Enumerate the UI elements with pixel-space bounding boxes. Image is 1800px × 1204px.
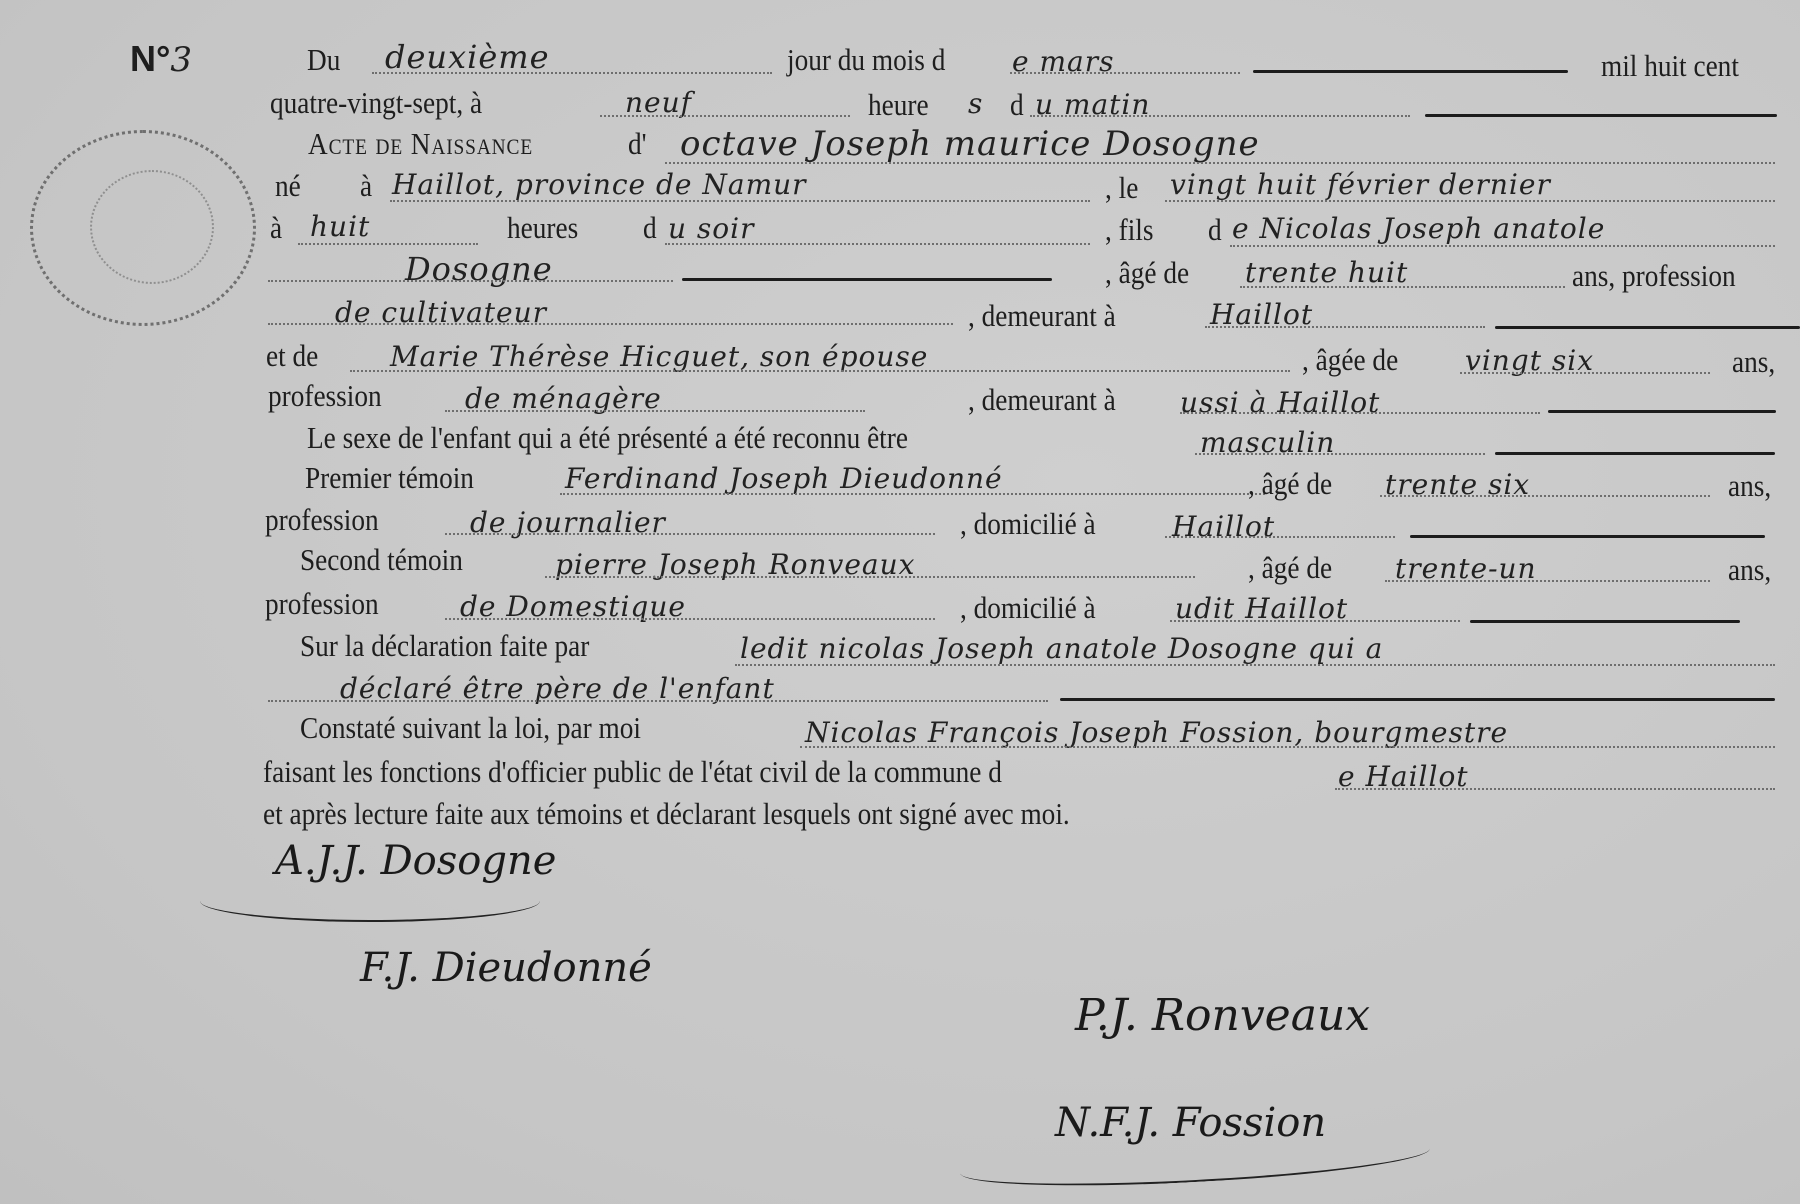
- hw-declarant: ledit nicolas Joseph anatole Dosogne qui…: [740, 632, 1383, 665]
- fill-line: [268, 323, 953, 325]
- printed-domicilie-a: , domicilié à: [960, 590, 1096, 626]
- printed-sexe: Le sexe de l'enfant qui a été présenté a…: [307, 420, 908, 456]
- signature-flourish: [200, 880, 540, 922]
- cancel-bar: [1060, 698, 1775, 701]
- printed-domicilie-a: , domicilié à: [960, 506, 1096, 542]
- fill-line: [372, 72, 772, 74]
- fill-line: [1385, 580, 1710, 582]
- printed-constate: Constaté suivant la loi, par moi: [300, 710, 641, 746]
- cancel-bar: [1495, 452, 1775, 455]
- hw-birthdate: vingt huit février dernier: [1170, 168, 1551, 201]
- fill-line: [298, 243, 478, 245]
- printed-ans: ans,: [1728, 468, 1771, 504]
- fill-line: [268, 280, 673, 282]
- fill-line: [445, 533, 935, 535]
- fill-line: [1195, 453, 1485, 455]
- fill-line: [268, 700, 1048, 702]
- fill-line: [1205, 326, 1485, 328]
- cancel-bar: [1253, 70, 1568, 73]
- printed-d-apostrophe: d': [628, 126, 647, 162]
- printed-mil-huit-cent: mil huit cent: [1601, 48, 1739, 84]
- printed-ans-profession: ans, profession: [1572, 258, 1736, 294]
- hw-birth-hour: huit: [310, 210, 370, 243]
- printed-ans: ans,: [1728, 552, 1771, 588]
- fill-line: [1230, 245, 1775, 247]
- cancel-bar: [1425, 114, 1777, 117]
- hw-father-age: trente huit: [1245, 256, 1408, 289]
- cancel-bar: [1470, 620, 1740, 623]
- fill-line: [445, 410, 865, 412]
- fill-line: [1010, 72, 1240, 74]
- hw-officer-name: Nicolas François Joseph Fossion, bourgme…: [805, 716, 1508, 749]
- fill-line: [1335, 788, 1775, 790]
- fill-line: [1380, 495, 1710, 497]
- hw-witness1-name: Ferdinand Joseph Dieudonné: [565, 462, 1003, 495]
- printed-agee-de: , âgée de: [1302, 342, 1398, 378]
- number-label: N°: [130, 38, 170, 79]
- printed-profession: profession: [265, 502, 379, 538]
- cancel-bar: [1548, 410, 1776, 413]
- fill-line: [445, 618, 935, 620]
- printed-et-de: et de: [266, 338, 318, 374]
- printed-heure: heure: [868, 87, 929, 123]
- printed-age-de: , âgé de: [1248, 550, 1332, 586]
- printed-profession: profession: [265, 586, 379, 622]
- printed-d: d: [1010, 87, 1024, 123]
- printed-second-temoin: Second témoin: [300, 542, 463, 578]
- faded-seal-inner: [90, 170, 214, 284]
- fill-line: [350, 370, 1290, 372]
- printed-a: à: [360, 168, 372, 204]
- fill-line: [390, 200, 1090, 202]
- hw-heure-s: s: [968, 87, 983, 120]
- printed-ans: ans,: [1732, 344, 1775, 380]
- hw-day: deuxième: [385, 38, 550, 76]
- printed-faisant-fonctions: faisant les fonctions d'officier public …: [263, 754, 1002, 790]
- fill-line: [1240, 286, 1565, 288]
- hw-mother-name: Marie Thérèse Hicguet, son épouse: [390, 340, 928, 373]
- cancel-bar: [1495, 326, 1800, 329]
- printed-a: à: [270, 210, 282, 246]
- fill-line: [1165, 200, 1775, 202]
- cancel-bar: [1410, 535, 1765, 538]
- fill-line: [560, 493, 1265, 495]
- signature-witness2: P.J. Ronveaux: [1075, 990, 1370, 1041]
- printed-d: d: [1208, 212, 1222, 248]
- printed-demeurant-a: , demeurant à: [968, 382, 1116, 418]
- hw-mother-residence: ussi à Haillot: [1180, 386, 1380, 419]
- printed-age-de: , âgé de: [1248, 466, 1332, 502]
- fill-line: [1460, 372, 1710, 374]
- fill-line: [665, 243, 1090, 245]
- number-value: 3: [170, 40, 193, 80]
- fill-line: [800, 746, 1775, 748]
- printed-fils: , fils: [1105, 212, 1154, 248]
- fill-line: [545, 576, 1195, 578]
- act-number: N°3: [130, 38, 193, 80]
- printed-d: d: [643, 210, 657, 246]
- hw-soir: u soir: [668, 212, 755, 245]
- signature-father: A.J.J. Dosogne: [275, 838, 556, 884]
- printed-year: quatre-vingt-sept, à: [270, 85, 482, 121]
- printed-apres-lecture: et après lecture faite aux témoins et dé…: [263, 796, 1070, 832]
- hw-child-name: octave Joseph maurice Dosogne: [680, 124, 1260, 164]
- cancel-bar: [682, 278, 1052, 281]
- printed-jour-du-mois: jour du mois d: [787, 42, 945, 78]
- printed-demeurant-a: , demeurant à: [968, 298, 1116, 334]
- printed-sur-la-declaration: Sur la déclaration faite par: [300, 628, 589, 664]
- hw-father-name: e Nicolas Joseph anatole: [1232, 212, 1605, 245]
- fill-line: [665, 162, 1775, 164]
- fill-line: [1165, 536, 1395, 538]
- fill-line: [1170, 620, 1460, 622]
- printed-profession: profession: [268, 378, 382, 414]
- fill-line: [735, 664, 1775, 666]
- hw-witness1-residence: Haillot: [1172, 510, 1275, 543]
- hw-father-surname: Dosogne: [405, 250, 553, 288]
- printed-le: , le: [1105, 170, 1138, 206]
- fill-line: [600, 115, 850, 117]
- printed-age-de: , âgé de: [1105, 255, 1189, 291]
- printed-premier-temoin: Premier témoin: [305, 460, 474, 496]
- hw-birthplace: Haillot, province de Namur: [392, 168, 807, 201]
- fill-line: [1030, 115, 1410, 117]
- printed-acte-de-naissance: Acte de Naissance: [308, 126, 533, 162]
- printed-ne: né: [275, 168, 301, 204]
- signature-witness1: F.J. Dieudonné: [360, 945, 652, 991]
- document-page: N°3 Du deuxième jour du mois d e mars mi…: [0, 0, 1800, 1204]
- printed-du: Du: [307, 42, 340, 78]
- printed-heures: heures: [507, 210, 578, 246]
- fill-line: [1180, 412, 1540, 414]
